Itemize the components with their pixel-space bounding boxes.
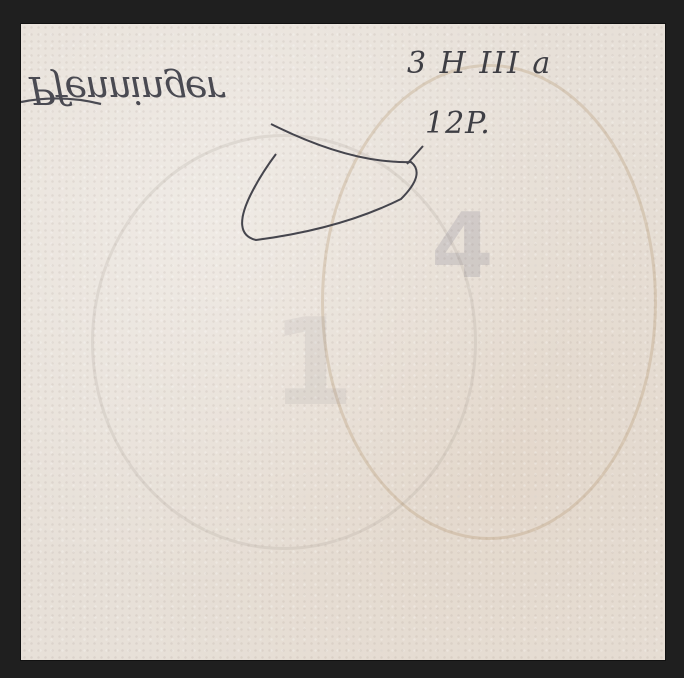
- stamp-paper: 4 1 Pfenninger 3 H III a 12P.: [21, 24, 665, 660]
- signature-flourish: [21, 24, 665, 660]
